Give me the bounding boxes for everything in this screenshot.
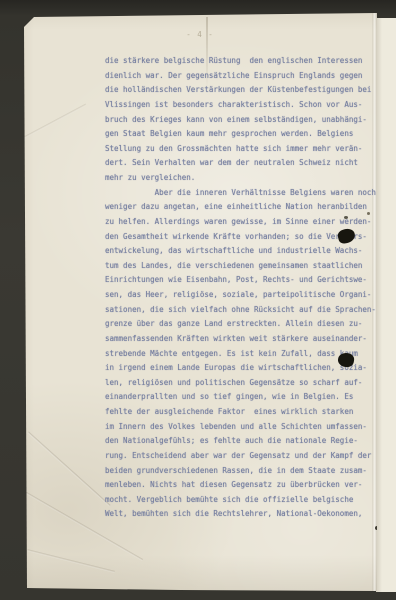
- text-line: in irgend einem Lande Europas die wirtsc…: [105, 361, 371, 376]
- text-line: Einrichtungen wie Eisenbahn, Post, Recht…: [105, 273, 371, 288]
- wrinkle-line: [24, 104, 87, 138]
- underlying-sheet: [376, 18, 396, 592]
- text-line: tum des Landes, die verschiedenen gemein…: [105, 259, 371, 274]
- text-line: den Gesamtheit wirkende Kräfte vorhanden…: [105, 230, 371, 245]
- text-line: die stärkere belgische Rüstung den engli…: [105, 54, 371, 69]
- scanner-background: - 4 - die stärkere belgische Rüstung den…: [0, 0, 396, 600]
- text-line: den Nationalgefühls; es fehlte auch die …: [105, 434, 371, 449]
- ink-speck: [344, 216, 348, 219]
- text-line: len, religiösen und politischen Gegensät…: [105, 376, 371, 391]
- text-line: Welt, bemühten sich die Rechtslehrer, Na…: [105, 507, 371, 522]
- text-line: mocht. Vergeblich bemühte sich die offiz…: [105, 493, 371, 508]
- text-line: Stellung zu den Grossmächten hatte sich …: [105, 142, 371, 157]
- text-line: sationen, die sich vielfach ohne Rücksic…: [105, 303, 371, 318]
- text-line: sen, das Heer, religiöse, soziale, parte…: [105, 288, 371, 303]
- text-line: entwickelung, das wirtschaftliche und in…: [105, 244, 371, 259]
- typewritten-text: die stärkere belgische Rüstung den engli…: [105, 54, 371, 522]
- text-line: einanderprallten und so tief gingen, wie…: [105, 390, 371, 405]
- page-number: - 4 -: [168, 30, 232, 39]
- text-line: dienlich war. Der gegensätzliche Einspru…: [105, 69, 371, 84]
- fold-crease-right: [372, 13, 377, 591]
- text-line: dert. Sein Verhalten war dem der neutral…: [105, 156, 371, 171]
- text-line: im Innern des Volkes lebenden und alle S…: [105, 420, 371, 435]
- text-line: die holländischen Verstärkungen der Küst…: [105, 83, 371, 98]
- text-line: weniger dazu angetan, eine einheitliche …: [105, 200, 371, 215]
- text-line: Vlissingen ist besonders charakteristisc…: [105, 98, 371, 113]
- text-line: mehr zu vergleichen.: [105, 171, 371, 186]
- text-line: sammenfassenden Kräften wirkten weit stä…: [105, 332, 371, 347]
- text-line: gen Staat Belgien kaum mehr gesprochen w…: [105, 127, 371, 142]
- text-line: beiden grundverschiedenen Rassen, die in…: [105, 464, 371, 479]
- wrinkle-line: [27, 431, 110, 506]
- text-line: menleben. Nichts hat diesen Gegensatz zu…: [105, 478, 371, 493]
- text-line: zu helfen. Allerdings waren gewisse, im …: [105, 215, 371, 230]
- text-line: grenze über das ganze Land erstreckten. …: [105, 317, 371, 332]
- text-line: strebende Mächte entgegen. Es ist kein Z…: [105, 347, 371, 362]
- text-line: rung. Entscheidend aber war der Gegensat…: [105, 449, 371, 464]
- document-page: - 4 - die stärkere belgische Rüstung den…: [0, 0, 378, 600]
- wrinkle-line: [27, 549, 115, 573]
- text-line: fehlte der ausgleichende Faktor eines wi…: [105, 405, 371, 420]
- text-line: Aber die inneren Verhältnisse Belgiens w…: [105, 186, 371, 201]
- ink-speck: [367, 212, 370, 215]
- text-line: bruch des Krieges kann von einem selbstä…: [105, 113, 371, 128]
